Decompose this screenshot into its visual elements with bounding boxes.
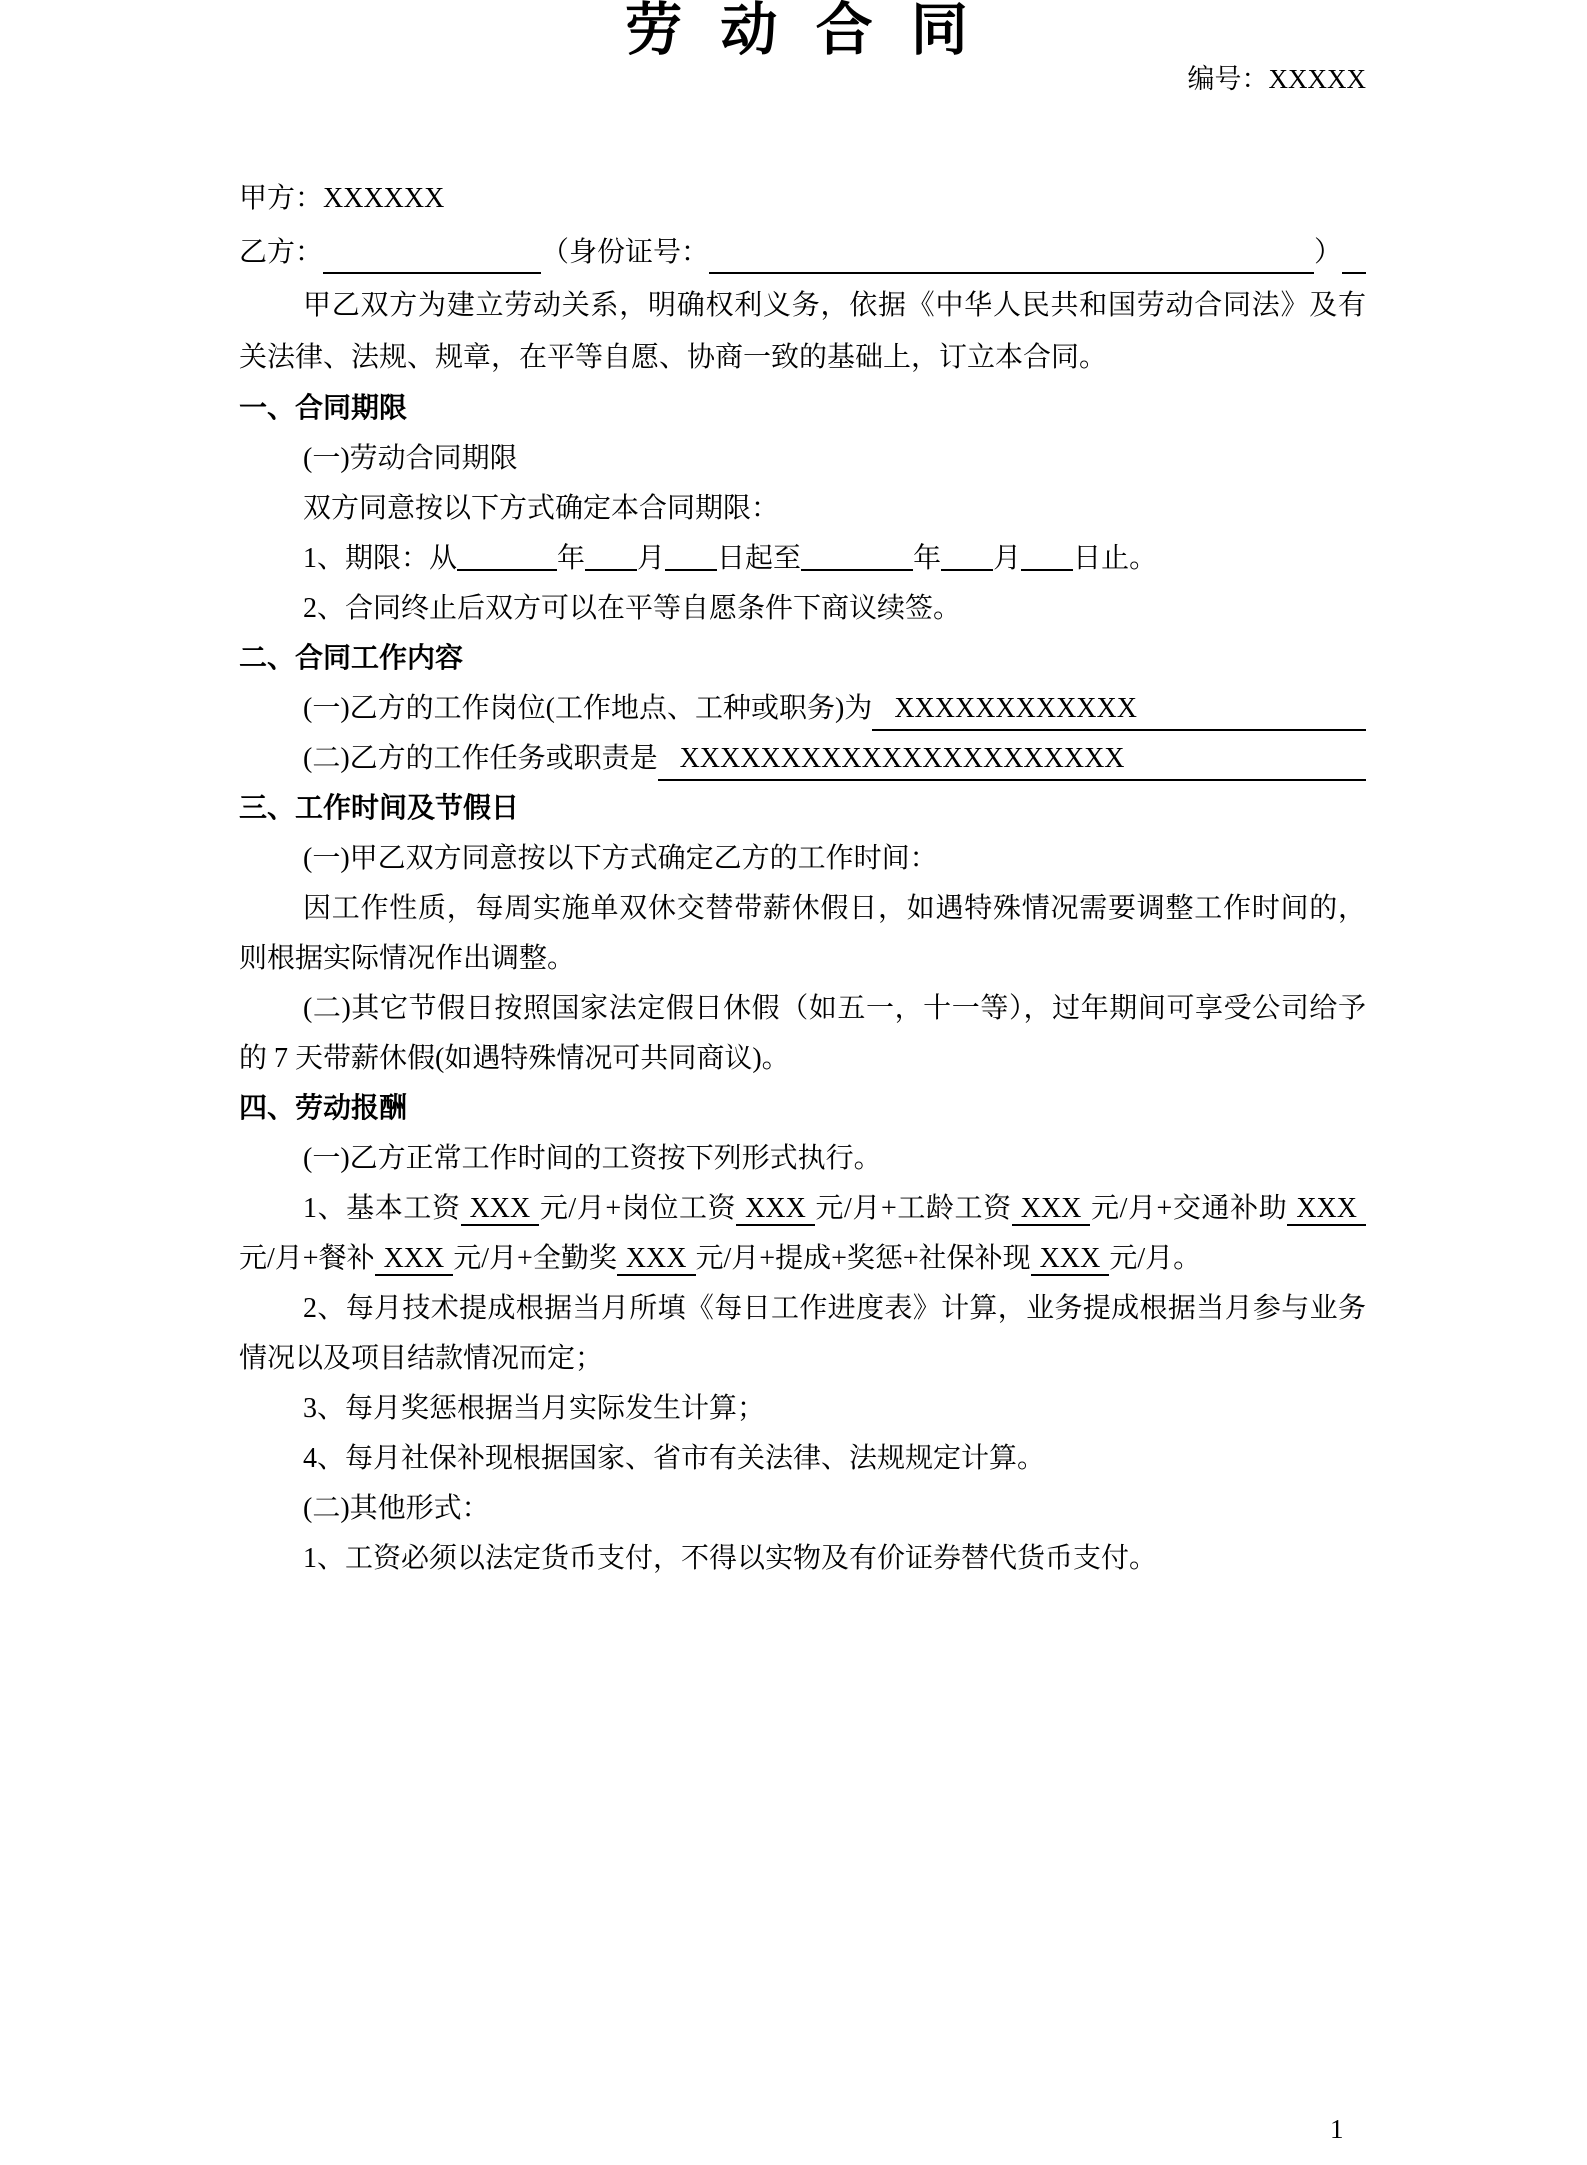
- term-month-to-blank-field: [941, 535, 993, 571]
- contract-document: 劳 动 合 同 编号：XXXXX 甲方：XXXXXX 乙方： （身份证号： ） …: [239, 0, 1366, 1584]
- section4-item4: 4、每月社保补现根据国家、省市有关法律、法规规定计算。: [239, 1434, 1366, 1484]
- job-duty-label: (二)乙方的工作任务或职责是: [303, 734, 658, 784]
- salary-p4: 元/月+交通补助: [1090, 1193, 1287, 1224]
- term-month2-label: 月: [993, 543, 1021, 574]
- section4-item5: (二)其他形式：: [239, 1484, 1366, 1534]
- salary-p6: 元/月+全勤奖: [453, 1243, 617, 1274]
- section2-item1-line: (一)乙方的工作岗位(工作地点、工种或职务)为 XXXXXXXXXXXX: [239, 684, 1366, 734]
- term-year1-label: 年: [557, 543, 585, 574]
- transport-subsidy-amount-field: XXX: [1287, 1193, 1366, 1226]
- page-number: 1: [1330, 2112, 1344, 2146]
- term-to-label: 日止。: [1073, 543, 1157, 574]
- intro-paragraph: 甲乙双方为建立劳动关系，明确权利义务，依据《中华人民共和国劳动合同法》及有关法律…: [239, 280, 1366, 384]
- section4-item1: (一)乙方正常工作时间的工资按下列形式执行。: [239, 1134, 1366, 1184]
- party-a-label: 甲方：: [239, 183, 323, 214]
- term-year2-label: 年: [913, 543, 941, 574]
- job-duty-value-field: XXXXXXXXXXXXXXXXXXXXXX: [658, 734, 1366, 781]
- section4-heading: 四、劳动报酬: [239, 1084, 1366, 1134]
- contract-number-value: XXXXX: [1269, 64, 1367, 94]
- party-a-value: XXXXXX: [323, 183, 444, 214]
- salary-p8: 元/月。: [1109, 1243, 1201, 1274]
- post-salary-amount-field: XXX: [736, 1193, 815, 1226]
- salary-p5: 元/月+餐补: [239, 1243, 375, 1274]
- section1-sub1: (一)劳动合同期限: [239, 434, 1366, 484]
- document-title: 劳 动 合 同: [239, 0, 1366, 62]
- social-insurance-amount-field: XXX: [1031, 1243, 1110, 1276]
- section2-heading: 二、合同工作内容: [239, 634, 1366, 684]
- section4-item6: 1、工资必须以法定货币支付，不得以实物及有价证券替代货币支付。: [239, 1534, 1366, 1584]
- party-b-name-blank-field: [323, 226, 541, 274]
- party-a-line: 甲方：XXXXXX: [239, 172, 1366, 226]
- seniority-salary-amount-field: XXX: [1012, 1193, 1091, 1226]
- section1-sub4: 2、合同终止后双方可以在平等自愿条件下商议续签。: [239, 584, 1366, 634]
- term-year-from-blank-field: [457, 535, 557, 571]
- meal-subsidy-amount-field: XXX: [375, 1243, 454, 1276]
- attendance-bonus-amount-field: XXX: [617, 1243, 696, 1276]
- salary-p7: 元/月+提成+奖惩+社保补现: [696, 1243, 1031, 1274]
- party-b-paren-close: ）: [1314, 226, 1342, 280]
- party-b-tail-blank: [1342, 226, 1366, 274]
- term-year-to-blank-field: [801, 535, 913, 571]
- section1-heading: 一、合同期限: [239, 384, 1366, 434]
- term-day-to-blank-field: [1021, 535, 1073, 571]
- term-day-from-blank-field: [665, 535, 717, 571]
- contract-number-label: 编号：: [1188, 64, 1269, 94]
- section3-para2: (二)其它节假日按照国家法定假日休假（如五一，十一等），过年期间可享受公司给予的…: [239, 984, 1366, 1084]
- party-b-line: 乙方： （身份证号： ）: [239, 226, 1366, 280]
- section3-para1: 因工作性质，每周实施单双休交替带薪休假日，如遇特殊情况需要调整工作时间的，则根据…: [239, 884, 1366, 984]
- salary-paragraph: 1、基本工资XXX元/月+岗位工资XXX元/月+工龄工资XXX元/月+交通补助X…: [239, 1184, 1366, 1284]
- term-prefix: 1、期限：从: [303, 543, 457, 574]
- section4-item3: 3、每月奖惩根据当月实际发生计算；: [239, 1384, 1366, 1434]
- salary-p2: 元/月+岗位工资: [539, 1193, 736, 1224]
- section3-item1: (一)甲乙双方同意按以下方式确定乙方的工作时间：: [239, 834, 1366, 884]
- contract-number-line: 编号：XXXXX: [239, 62, 1366, 96]
- section3-heading: 三、工作时间及节假日: [239, 784, 1366, 834]
- section1-term-line: 1、期限：从年月日起至年月日止。: [239, 534, 1366, 584]
- salary-p3: 元/月+工龄工资: [815, 1193, 1012, 1224]
- party-b-id-blank-field: [709, 226, 1314, 274]
- party-b-id-label: （身份证号：: [541, 226, 709, 280]
- job-position-value-field: XXXXXXXXXXXX: [872, 684, 1366, 731]
- term-month1-label: 月: [637, 543, 665, 574]
- term-month-from-blank-field: [585, 535, 637, 571]
- term-from-label: 日起至: [717, 543, 801, 574]
- section4-item2: 2、每月技术提成根据当月所填《每日工作进度表》计算，业务提成根据当月参与业务情况…: [239, 1284, 1366, 1384]
- parties-block: 甲方：XXXXXX 乙方： （身份证号： ）: [239, 172, 1366, 280]
- section2-item2-line: (二)乙方的工作任务或职责是 XXXXXXXXXXXXXXXXXXXXXX: [239, 734, 1366, 784]
- section1-sub2: 双方同意按以下方式确定本合同期限：: [239, 484, 1366, 534]
- salary-p1: 1、基本工资: [303, 1193, 461, 1224]
- party-b-label: 乙方：: [239, 226, 323, 280]
- job-position-label: (一)乙方的工作岗位(工作地点、工种或职务)为: [303, 684, 872, 734]
- base-salary-amount-field: XXX: [461, 1193, 540, 1226]
